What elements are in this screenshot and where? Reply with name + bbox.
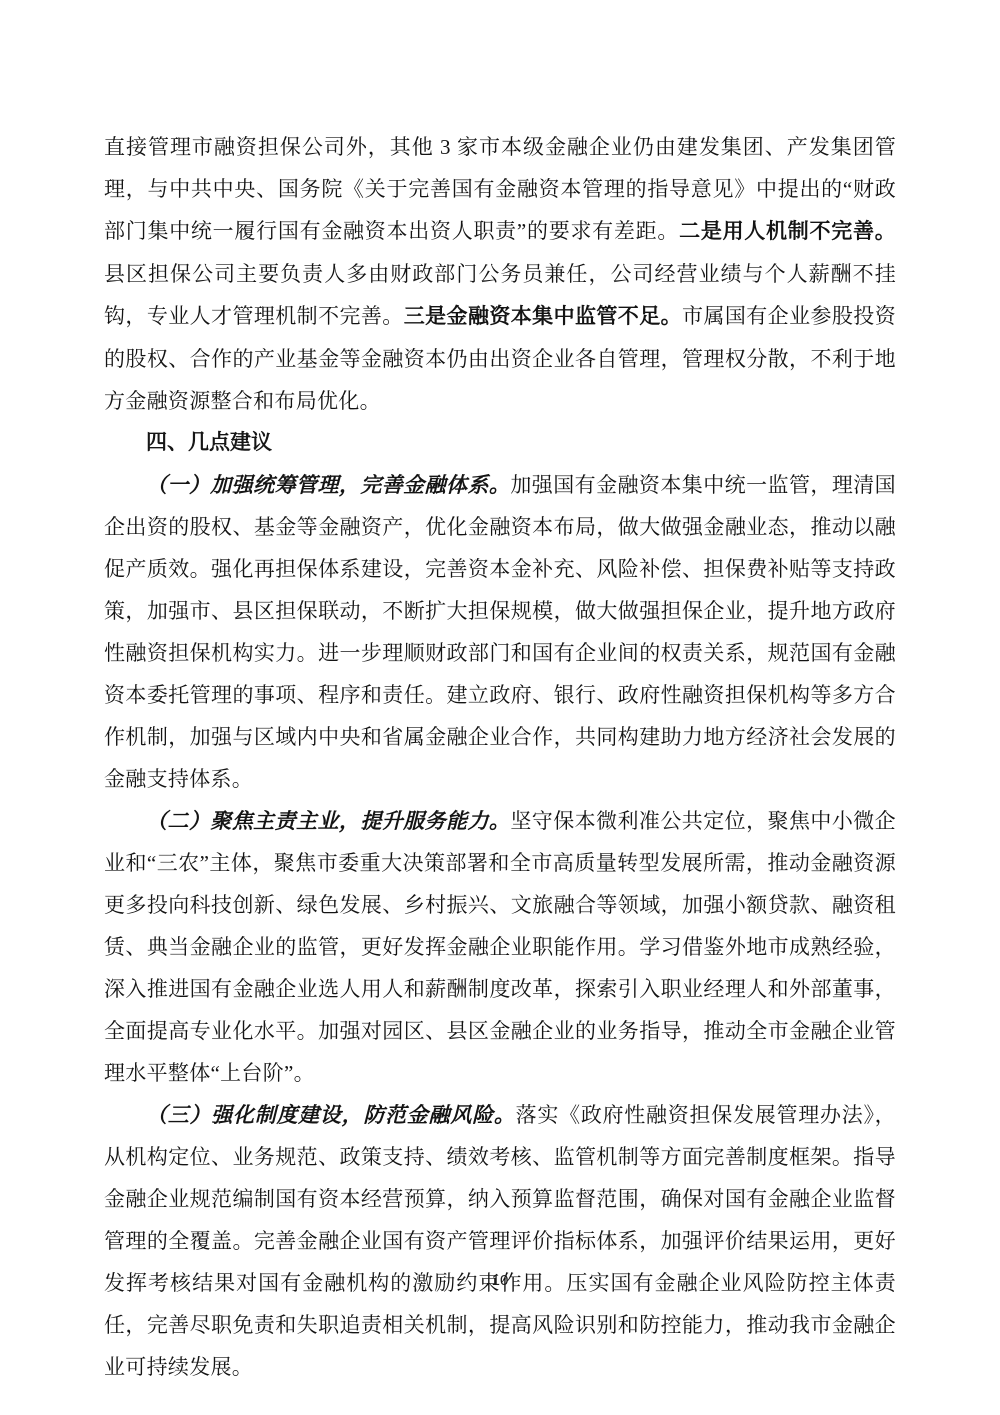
bold-emphasis-run: 三是金融资本集中监管不足。 [404,305,682,328]
paragraph-continuation: 直接管理市融资担保公司外，其他 3 家市本级金融企业仍由建发集团、产发集团管理，… [104,126,896,422]
paragraph-lead-in: （三）强化制度建设，防范金融风险。 [146,1103,516,1127]
paragraph-suggestion-1: （一）加强统筹管理，完善金融体系。加强国有金融资本集中统一监管，理清国企出资的股… [104,464,896,800]
paragraph-lead-in: （二）聚焦主责主业，提升服务能力。 [146,809,510,833]
paragraph-text-run: 落实《政府性融资担保发展管理办法》，从机构定位、业务规范、政策支持、绩效考核、监… [104,1103,896,1379]
bold-emphasis-run: 二是用人机制不完善。 [679,220,896,243]
paragraph-text-run: 加强国有金融资本集中统一监管，理清国企出资的股权、基金等金融资产，优化金融资本布… [104,473,896,791]
paragraph-suggestion-2: （二）聚焦主责主业，提升服务能力。坚守保本微利准公共定位，聚焦中小微企业和“三农… [104,800,896,1094]
paragraph-suggestion-3: （三）强化制度建设，防范金融风险。落实《政府性融资担保发展管理办法》，从机构定位… [104,1094,896,1388]
document-page: 直接管理市融资担保公司外，其他 3 家市本级金融企业仍由建发集团、产发集团管理，… [0,0,1000,1415]
page-number: 10 [0,1272,1000,1289]
paragraph-text-run: 坚守保本微利准公共定位，聚焦中小微企业和“三农”主体，聚焦市委重大决策部署和全市… [104,809,896,1085]
section-heading: 四、几点建议 [104,422,896,464]
document-body: 直接管理市融资担保公司外，其他 3 家市本级金融企业仍由建发集团、产发集团管理，… [104,126,896,1388]
paragraph-lead-in: （一）加强统筹管理，完善金融体系。 [146,473,510,497]
